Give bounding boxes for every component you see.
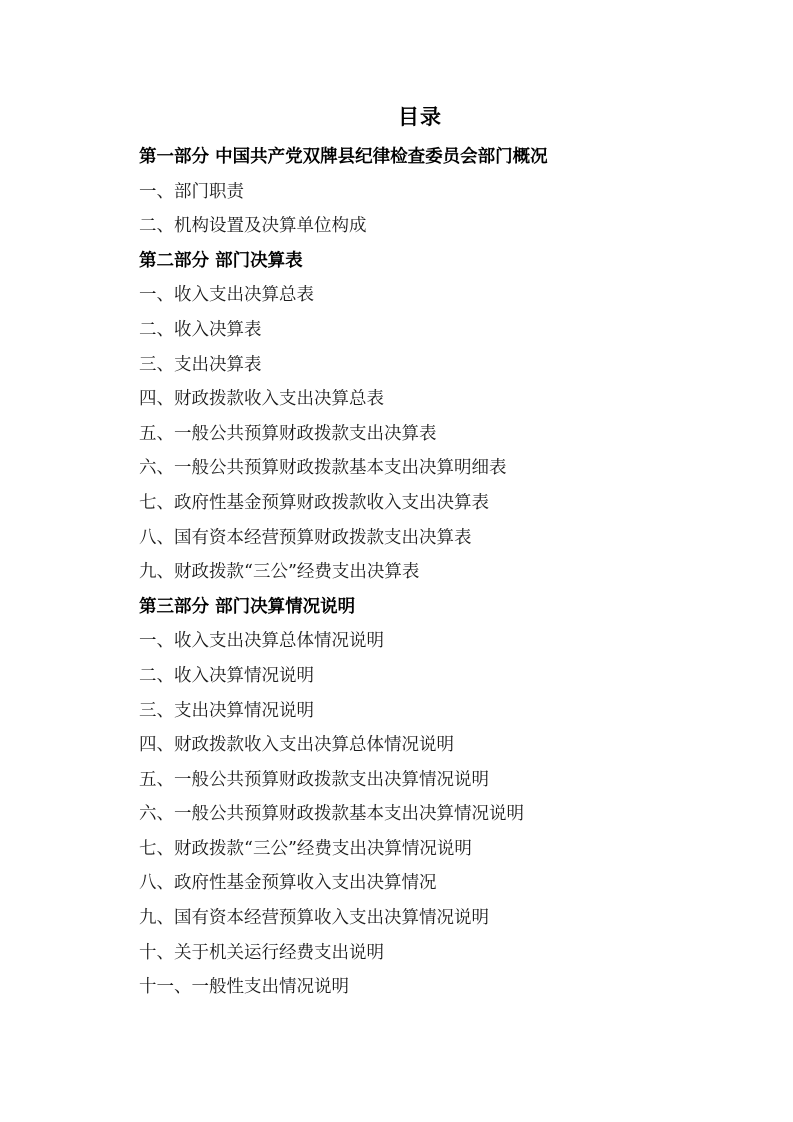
page-title: 目录 (0, 102, 793, 132)
toc-part-heading[interactable]: 第三部分 部门决算情况说明 (139, 590, 759, 625)
toc-item[interactable]: 十一、一般性支出情况说明 (139, 970, 759, 1005)
toc-part-heading[interactable]: 第二部分 部门决算表 (139, 244, 759, 279)
toc-item[interactable]: 四、财政拨款收入支出决算总表 (139, 382, 759, 417)
toc-item[interactable]: 一、部门职责 (139, 175, 759, 210)
toc-item[interactable]: 七、政府性基金预算财政拨款收入支出决算表 (139, 486, 759, 521)
toc-item[interactable]: 九、财政拨款“三公”经费支出决算表 (139, 555, 759, 590)
toc-item[interactable]: 十、关于机关运行经费支出说明 (139, 936, 759, 971)
toc-item[interactable]: 四、财政拨款收入支出决算总体情况说明 (139, 728, 759, 763)
toc-item[interactable]: 六、一般公共预算财政拨款基本支出决算明细表 (139, 451, 759, 486)
toc-item[interactable]: 五、一般公共预算财政拨款支出决算表 (139, 417, 759, 452)
toc-item[interactable]: 二、机构设置及决算单位构成 (139, 209, 759, 244)
document-page: 目录 第一部分 中国共产党双牌县纪律检查委员会部门概况 一、部门职责 二、机构设… (0, 0, 793, 1122)
toc-item[interactable]: 三、支出决算情况说明 (139, 694, 759, 729)
toc-item[interactable]: 八、政府性基金预算收入支出决算情况 (139, 866, 759, 901)
toc-item[interactable]: 一、收入支出决算总体情况说明 (139, 624, 759, 659)
toc-item[interactable]: 九、国有资本经营预算收入支出决算情况说明 (139, 901, 759, 936)
toc-item[interactable]: 五、一般公共预算财政拨款支出决算情况说明 (139, 763, 759, 798)
toc-item[interactable]: 二、收入决算情况说明 (139, 659, 759, 694)
toc-item[interactable]: 三、支出决算表 (139, 348, 759, 383)
toc-item[interactable]: 一、收入支出决算总表 (139, 278, 759, 313)
toc-part-heading[interactable]: 第一部分 中国共产党双牌县纪律检查委员会部门概况 (139, 140, 759, 175)
toc-item[interactable]: 二、收入决算表 (139, 313, 759, 348)
toc-item[interactable]: 八、国有资本经营预算财政拨款支出决算表 (139, 521, 759, 556)
toc-item[interactable]: 六、一般公共预算财政拨款基本支出决算情况说明 (139, 797, 759, 832)
toc-item[interactable]: 七、财政拨款“三公”经费支出决算情况说明 (139, 832, 759, 867)
table-of-contents: 第一部分 中国共产党双牌县纪律检查委员会部门概况 一、部门职责 二、机构设置及决… (139, 140, 759, 1005)
